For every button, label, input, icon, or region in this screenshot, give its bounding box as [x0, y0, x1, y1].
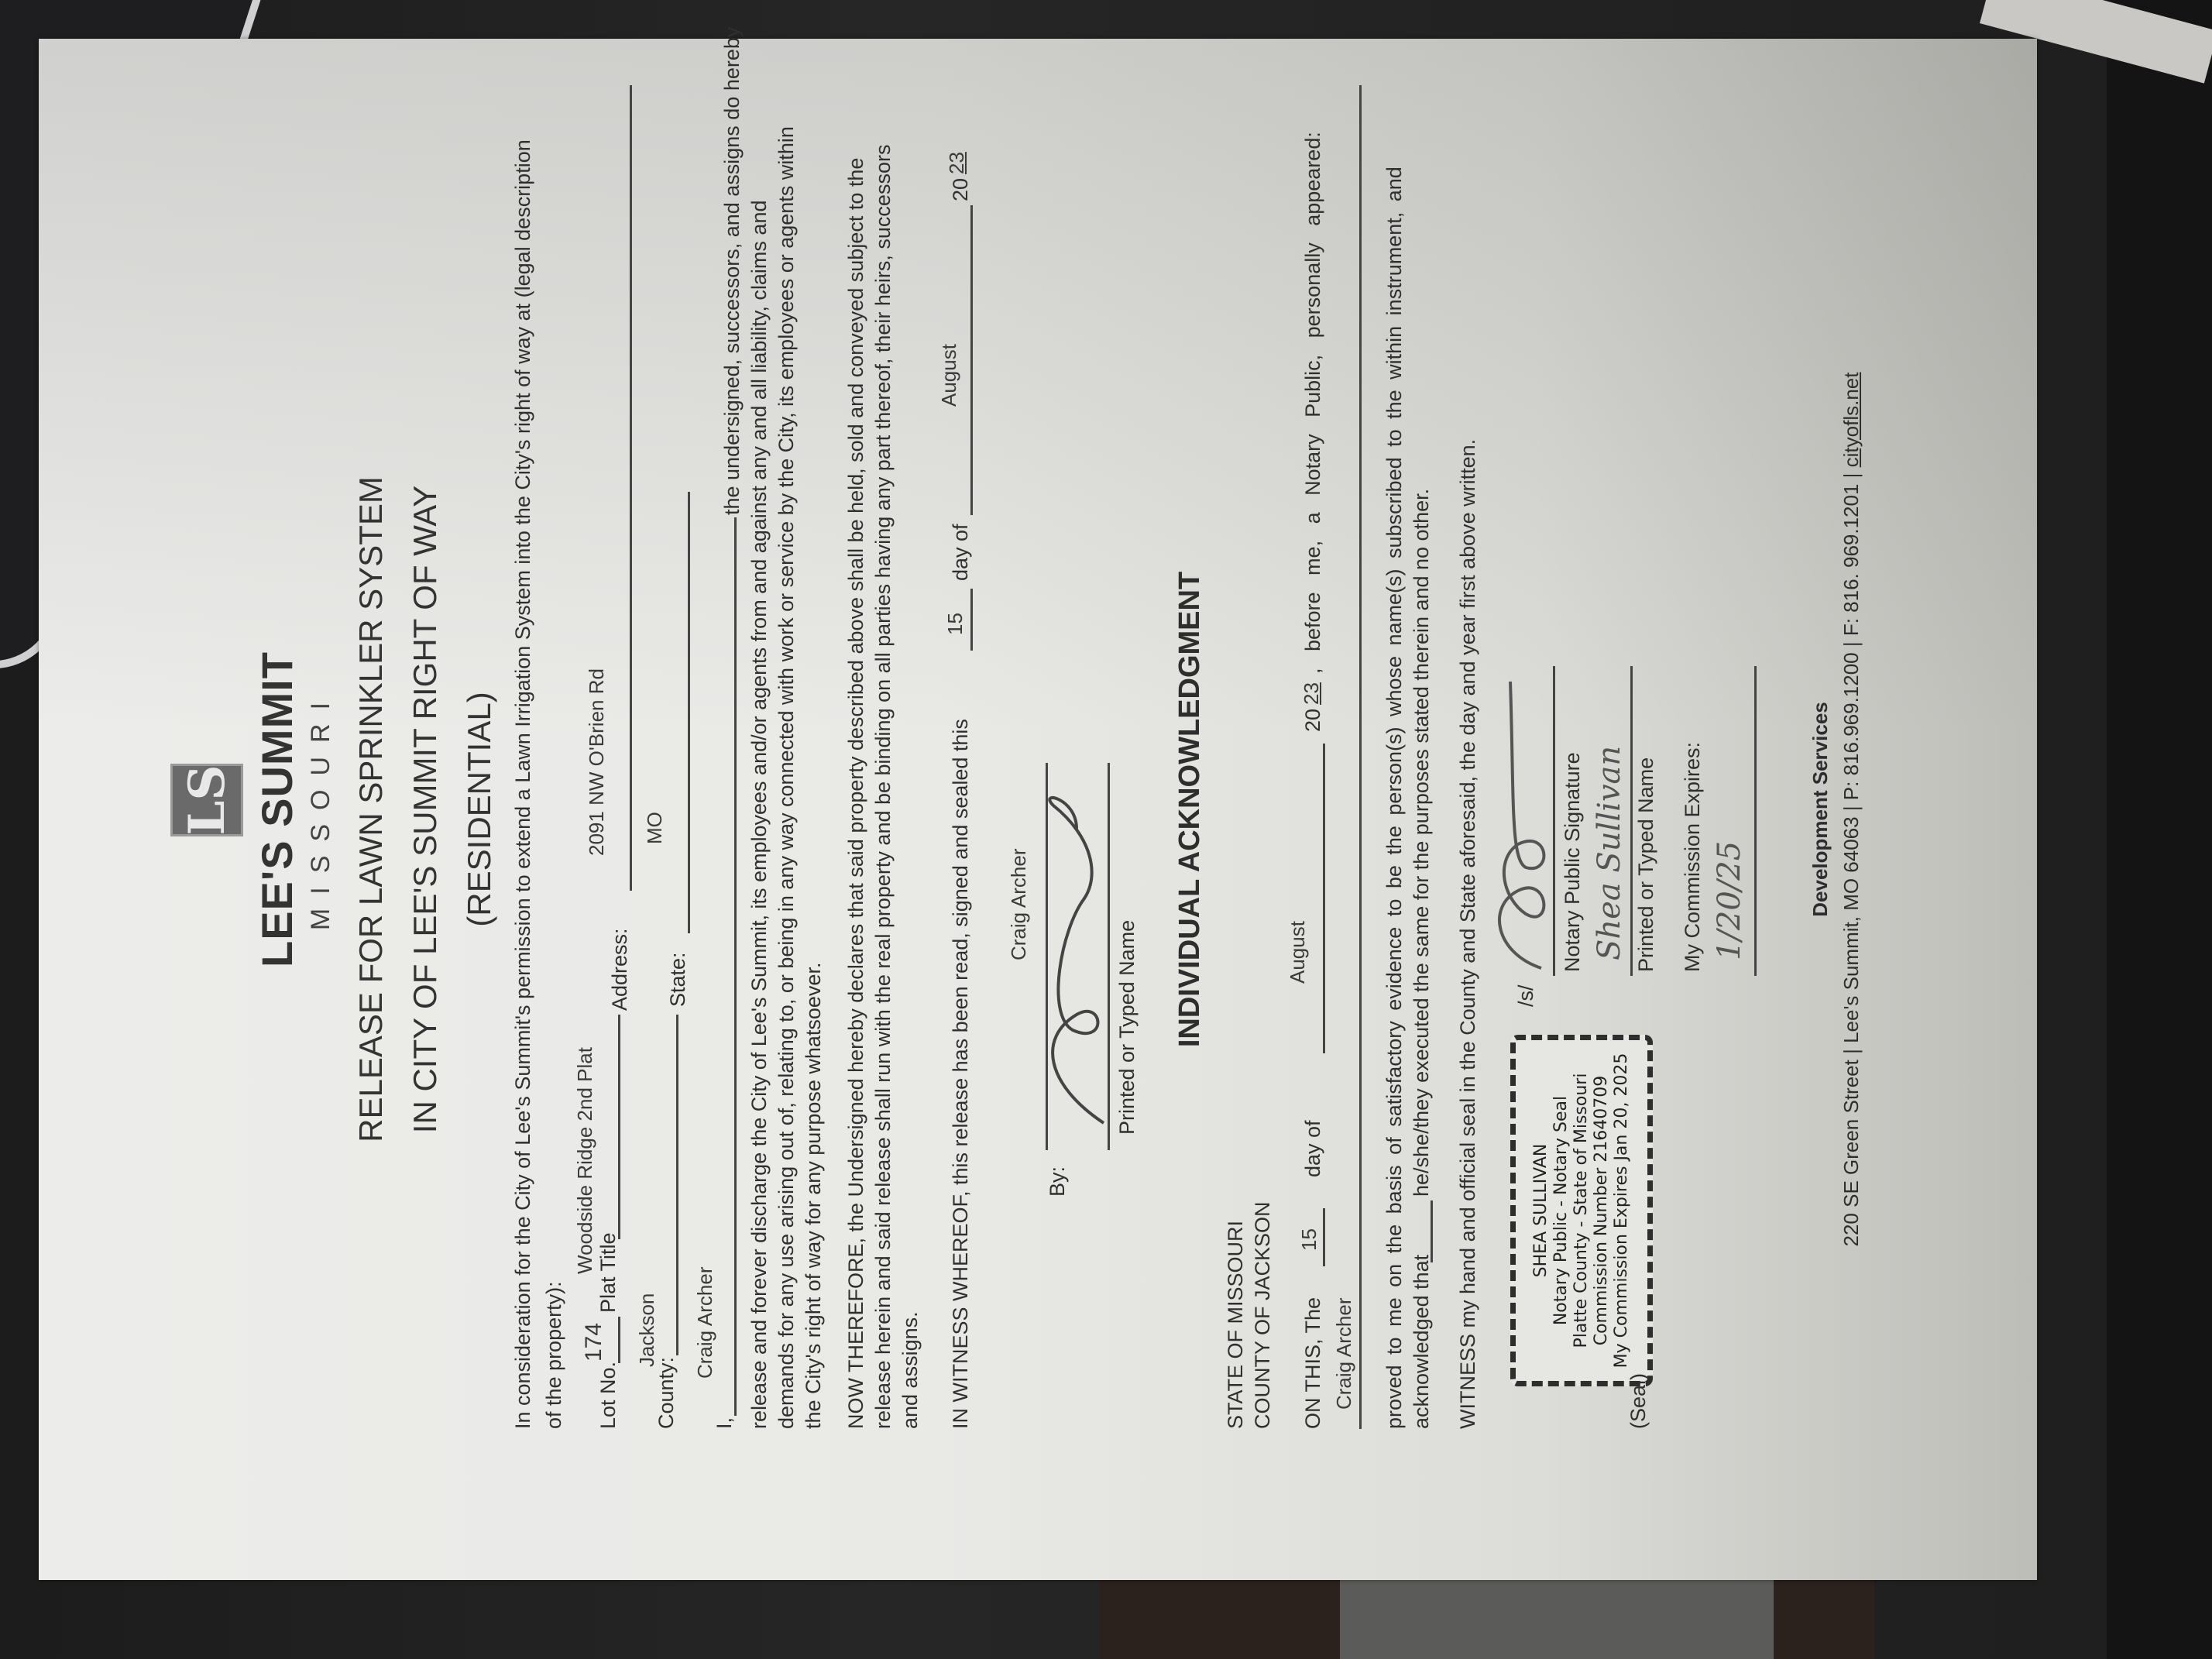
signer-signature — [1030, 775, 1115, 1131]
county-label: County: — [654, 1357, 678, 1429]
witness-day-underline — [970, 589, 973, 651]
releasor-underline — [734, 517, 737, 1416]
state-label: State: — [666, 952, 690, 1007]
release-line-3: demands for any use arising out of, rela… — [775, 126, 799, 1429]
signer-printed-name: Craig Archer — [1007, 849, 1031, 961]
ack-year-value: 23 — [1300, 682, 1324, 705]
releasor-name: Craig Archer — [693, 1267, 717, 1379]
brand-subtitle: MISSOURI — [306, 39, 336, 1580]
logo-glyph: LS — [178, 764, 236, 835]
now-therefore-line-2: release herein and said release shall ru… — [871, 145, 895, 1429]
notary-signature — [1479, 666, 1565, 976]
ack-day-value: 15 — [1297, 1228, 1321, 1251]
seal-line-county: Platte County - State of Missouri — [1571, 1073, 1592, 1348]
witness-year-prefix: 20 — [949, 178, 973, 201]
state-value: MO — [643, 812, 667, 844]
footer-contact: 220 SE Green Street | Lee's Summit, MO 6… — [1839, 39, 1863, 1580]
document-page: LS LEE'S SUMMIT MISSOURI RELEASE FOR LAW… — [39, 39, 2037, 1580]
appeared-name: Craig Archer — [1332, 1298, 1356, 1410]
plat-underline — [618, 1015, 620, 1239]
witness-month-underline — [970, 205, 973, 515]
acknowledged-line: he/she/they executed the same for the pu… — [1410, 489, 1434, 1197]
county-of-line: COUNTY OF JACKSON — [1251, 1201, 1275, 1429]
lot-underline — [618, 1317, 620, 1363]
footer-address: 220 SE Green Street | Lee's Summit, MO 6… — [1839, 467, 1863, 1246]
brand-name: LEE'S SUMMIT — [252, 39, 302, 1580]
document-title-line-2: IN CITY OF LEE'S SUMMIT RIGHT OF WAY — [407, 39, 444, 1580]
intro-line-2: of the property): — [542, 1281, 566, 1429]
witness-year-value: 23 — [945, 152, 969, 174]
seal-line-expires: My Commission Expires Jan 20, 2025 — [1612, 1053, 1632, 1369]
proved-line: proved to me on the basis of satisfactor… — [1382, 167, 1407, 1429]
notary-printed-name: Shea Sullivan — [1592, 746, 1627, 960]
release-line-1: the undersigned, successors, and assigns… — [720, 27, 744, 515]
notary-seal-stamp: SHEA SULLIVAN Notary Public - Notary Sea… — [1510, 1035, 1653, 1386]
ack-day-underline — [1323, 1208, 1325, 1266]
witness-seal-line: WITNESS my hand and official seal in the… — [1456, 439, 1480, 1429]
county-underline — [676, 1015, 678, 1355]
document-title-line-3: (RESIDENTIAL) — [461, 39, 498, 1580]
address-underline — [630, 85, 632, 891]
footer-website-link[interactable]: cityofls.net — [1839, 373, 1863, 468]
acknowledgment-heading: INDIVIDUAL ACKNOWLEDGMENT — [1173, 39, 1207, 1580]
plat-value: Woodside Ridge 2nd Plat — [573, 1047, 597, 1274]
state-of-line: STATE OF MISSOURI — [1224, 1221, 1248, 1429]
now-therefore-line-3: and assigns. — [898, 1311, 922, 1429]
gray-surface — [1340, 1580, 1774, 1659]
ack-before-me: , before me, a Notary Public, personally… — [1301, 132, 1325, 674]
notary-printed-label: Printed or Typed Name — [1634, 757, 1658, 972]
seal-label: (Seal) — [1626, 1373, 1650, 1429]
acknowledged-underline — [1431, 1200, 1433, 1262]
witness-whereof-text: IN WITNESS WHEREOF, this release has bee… — [949, 719, 973, 1429]
release-line-2: release and forever discharge the City o… — [747, 81, 771, 1429]
address-value: 2091 NW O'Brien Rd — [585, 668, 609, 856]
seal-line-commission: Commission Number 21640709 — [1592, 1076, 1612, 1346]
lot-label: Lot No. — [596, 1362, 620, 1429]
commission-label: My Commission Expires: — [1681, 742, 1705, 972]
document-title-line-1: RELEASE FOR LAWN SPRINKLER SYSTEM — [352, 39, 390, 1580]
seal-line-name: SHEA SULLIVAN — [1531, 1144, 1551, 1278]
witness-day-of: day of — [949, 524, 973, 581]
notary-name-line — [1630, 666, 1633, 976]
i-label: I, — [713, 1417, 737, 1429]
s-mark: /s/ — [1514, 984, 1538, 1007]
lees-summit-logo: LS — [170, 764, 243, 836]
intro-line-1: In consideration for the City of Lee's S… — [511, 139, 535, 1429]
ack-month-underline — [1323, 744, 1325, 1053]
county-value: Jackson — [635, 1293, 659, 1367]
appeared-underline — [1359, 85, 1362, 1429]
release-line-4: the City's right of way for any purpose … — [802, 963, 826, 1429]
by-label: By: — [1046, 1166, 1070, 1197]
now-therefore-line-1: NOW THEREFORE, the Undersigned hereby de… — [844, 158, 868, 1429]
ack-year-prefix: 20 — [1301, 709, 1325, 732]
lot-value: 174 — [581, 1323, 607, 1362]
ack-day-of: day of — [1301, 1120, 1325, 1177]
notary-signature-line — [1553, 666, 1555, 976]
plat-label: Plat Title — [596, 1232, 620, 1313]
witness-month-value: August — [937, 344, 961, 407]
notary-signature-label: Notary Public Signature — [1561, 752, 1585, 972]
ack-month-value: August — [1286, 921, 1310, 984]
commission-value: 1/20/25 — [1712, 841, 1747, 960]
signature-line — [1108, 763, 1110, 1150]
state-underline — [688, 492, 690, 933]
commission-line — [1754, 666, 1757, 976]
witness-day-value: 15 — [943, 613, 967, 635]
seal-line-title: Notary Public - Notary Seal — [1551, 1096, 1571, 1325]
acknowledged-prefix: acknowledged that — [1410, 1255, 1434, 1429]
address-label: Address: — [608, 928, 632, 1011]
printed-name-label: Printed or Typed Name — [1115, 920, 1139, 1135]
dark-surface — [2107, 0, 2212, 1659]
footer-department: Development Services — [1808, 39, 1832, 1580]
on-this-label: ON THIS, The — [1301, 1297, 1325, 1429]
